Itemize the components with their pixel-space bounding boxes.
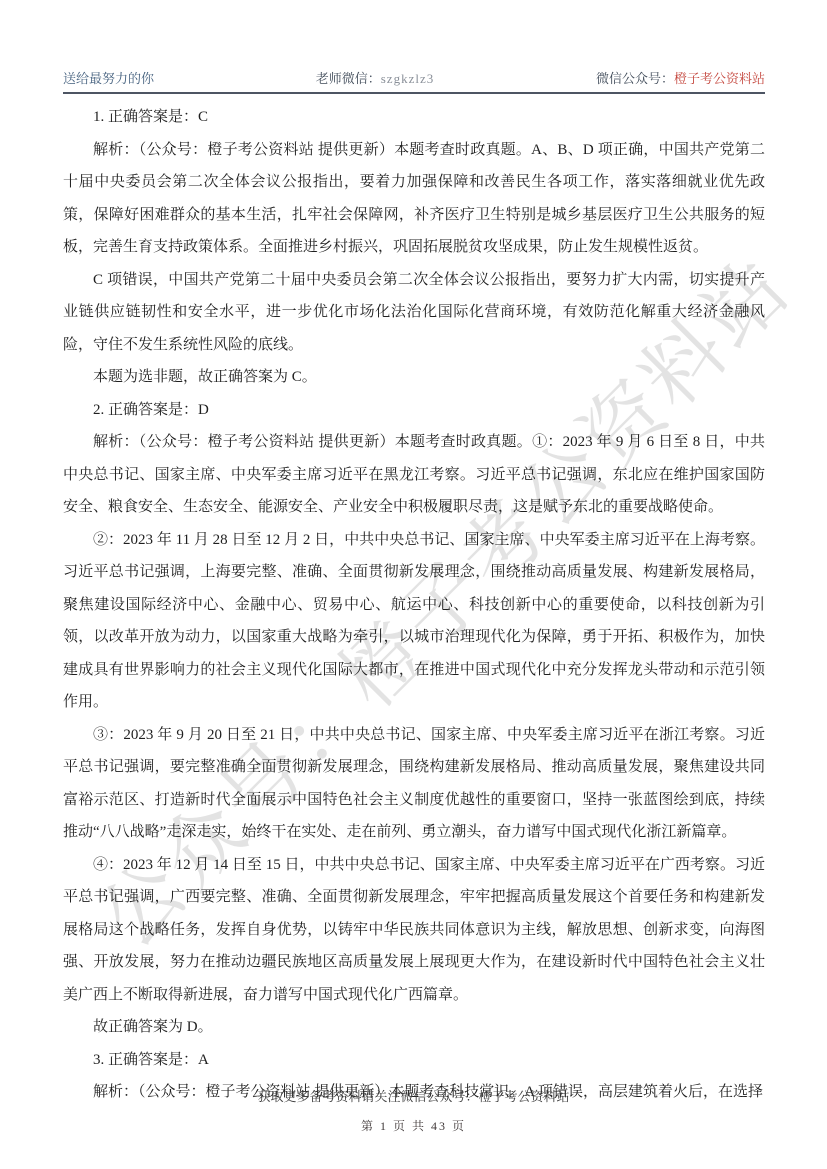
paragraph: 1. 正确答案是：C: [63, 101, 765, 134]
paragraph: 解析：（公众号：橙子考公资料站 提供更新）本题考查时政真题。①：2023 年 9…: [63, 426, 765, 524]
teacher-wechat-label: 老师微信：: [316, 71, 381, 86]
header-slogan: 送给最努力的你: [63, 68, 154, 87]
document-body: 1. 正确答案是：C解析：（公众号：橙子考公资料站 提供更新）本题考查时政真题。…: [63, 101, 765, 1109]
paragraph: ②：2023 年 11 月 28 日至 12 月 2 日，中共中央总书记、国家主…: [63, 524, 765, 719]
paragraph: ④：2023 年 12 月 14 日至 15 日，中共中央总书记、国家主席、中央…: [63, 849, 765, 1012]
paragraph: ③：2023 年 9 月 20 日至 21 日，中共中央总书记、国家主席、中央军…: [63, 719, 765, 849]
official-account-name: 橙子考公资料站: [674, 71, 765, 86]
header-teacher-wechat: 老师微信：szgkzlz3: [316, 68, 435, 87]
paragraph: 故正确答案为 D。: [63, 1011, 765, 1044]
footer-page-number: 第 1 页 共 43 页: [0, 1117, 827, 1134]
paragraph: 解析：（公众号：橙子考公资料站 提供更新）本题考查时政真题。A、B、D 项正确，…: [63, 134, 765, 264]
paragraph: 3. 正确答案是：A: [63, 1044, 765, 1077]
official-account-label: 微信公众号：: [596, 71, 674, 86]
page-header: 送给最努力的你 老师微信：szgkzlz3 微信公众号：橙子考公资料站: [63, 66, 765, 94]
document-page: 送给最努力的你 老师微信：szgkzlz3 微信公众号：橙子考公资料站 公众号：…: [0, 0, 827, 1169]
header-official-account: 微信公众号：橙子考公资料站: [596, 68, 765, 87]
footer-note: 获取更多备考资料请关注微信公众号：橙子考公资料站: [0, 1086, 827, 1105]
paragraph: C 项错误，中国共产党第二十届中央委员会第二次全体会议公报指出，要努力扩大内需，…: [63, 264, 765, 362]
teacher-wechat-id: szgkzlz3: [381, 71, 434, 86]
paragraph: 2. 正确答案是：D: [63, 394, 765, 427]
paragraph: 本题为选非题，故正确答案为 C。: [63, 361, 765, 394]
